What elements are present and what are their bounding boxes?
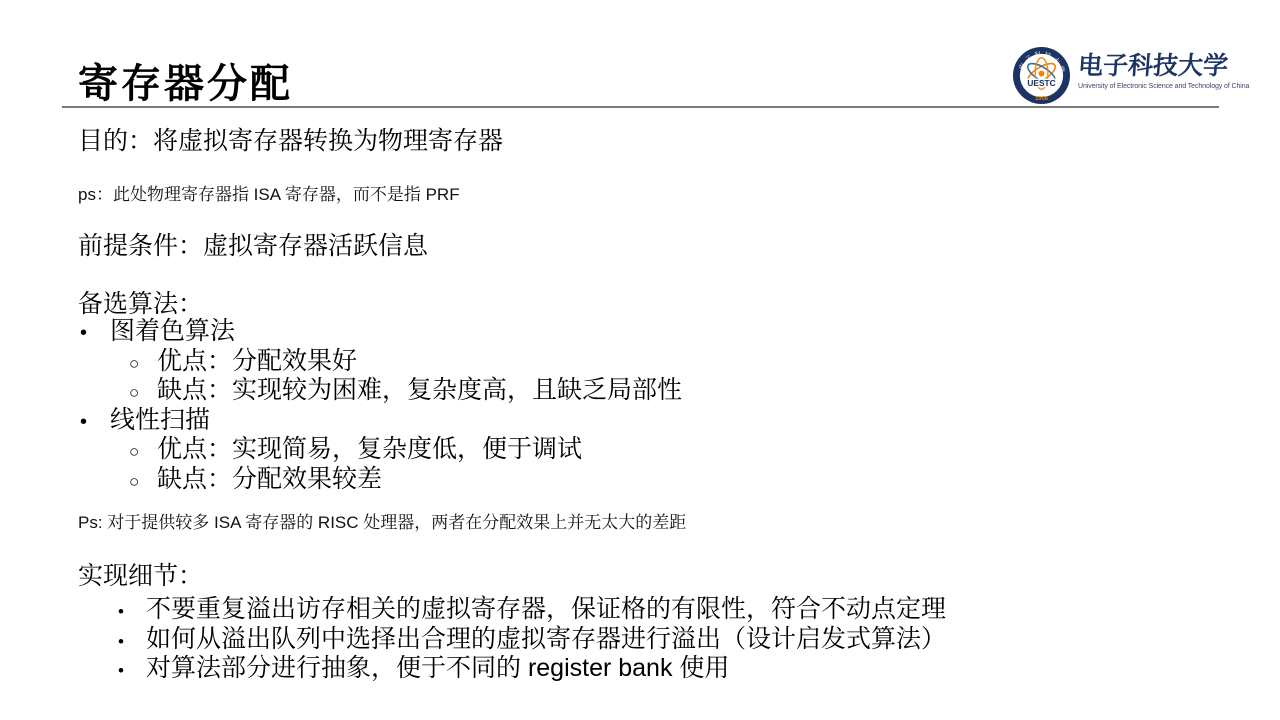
list-item: ○ 缺点：实现较为困难，复杂度高，且缺乏局部性 xyxy=(129,376,682,406)
algorithm-list: • 图着色算法 ○ 优点：分配效果好 ○ 缺点：实现较为困难，复杂度高，且缺乏局… xyxy=(80,317,682,494)
circle-bullet-icon: ○ xyxy=(129,349,157,379)
circle-bullet-icon: ○ xyxy=(129,467,157,497)
algorithms-heading: 备选算法： xyxy=(78,291,203,319)
algorithm-point: 优点：实现简易，复杂度低，便于调试 xyxy=(157,435,582,465)
circle-bullet-icon: ○ xyxy=(129,437,157,467)
bullet-icon: • xyxy=(118,597,146,627)
presentation-slide: 寄存器分配 电子科技大学 UESTC 1956 电子科技大学 Universit… xyxy=(0,0,1280,720)
ps-note-1: ps：此处物理寄存器指 ISA 寄存器，而不是指 PRF xyxy=(78,186,460,205)
bullet-icon: • xyxy=(118,627,146,657)
university-logo: 电子科技大学 UESTC 1956 电子科技大学 University of E… xyxy=(1012,46,1249,105)
algorithm-name: 图着色算法 xyxy=(110,317,235,347)
page-title: 寄存器分配 xyxy=(78,52,293,109)
list-item: ○ 优点：实现简易，复杂度低，便于调试 xyxy=(129,435,682,465)
seal-year-text: 1956 xyxy=(1035,96,1049,102)
ps-note-2: Ps: 对于提供较多 ISA 寄存器的 RISC 处理器，两者在分配效果上并无太… xyxy=(78,514,686,533)
list-item: • 如何从溢出队列中选择出合理的虚拟寄存器进行溢出（设计启发式算法） xyxy=(118,625,946,655)
logo-wordmark: 电子科技大学 University of Electronic Science … xyxy=(1078,46,1249,90)
seal-uestc-text: UESTC xyxy=(1027,78,1055,88)
detail-text: 如何从溢出队列中选择出合理的虚拟寄存器进行溢出（设计启发式算法） xyxy=(146,625,946,655)
bullet-icon: • xyxy=(118,656,146,686)
circle-bullet-icon: ○ xyxy=(129,378,157,408)
detail-text: 不要重复溢出访存相关的虚拟寄存器，保证格的有限性，符合不动点定理 xyxy=(146,595,946,625)
list-item: ○ 优点：分配效果好 xyxy=(129,347,682,377)
bullet-icon: • xyxy=(80,319,110,349)
details-list: • 不要重复溢出访存相关的虚拟寄存器，保证格的有限性，符合不动点定理 • 如何从… xyxy=(80,595,946,684)
list-item: • 不要重复溢出访存相关的虚拟寄存器，保证格的有限性，符合不动点定理 xyxy=(118,595,946,625)
purpose-line: 目的：将虚拟寄存器转换为物理寄存器 xyxy=(78,128,503,156)
algorithm-point: 缺点：分配效果较差 xyxy=(157,465,382,495)
list-item: ○ 缺点：分配效果较差 xyxy=(129,465,682,495)
bullet-icon: • xyxy=(80,408,110,438)
university-name-zh: 电子科技大学 xyxy=(1077,51,1250,81)
list-item: • 对算法部分进行抽象，便于不同的 register bank 使用 xyxy=(118,654,946,684)
uestc-seal-icon: 电子科技大学 UESTC 1956 xyxy=(1012,46,1071,105)
title-divider xyxy=(62,106,1219,108)
prerequisite-line: 前提条件：虚拟寄存器活跃信息 xyxy=(78,233,428,261)
algorithm-point: 缺点：实现较为困难，复杂度高，且缺乏局部性 xyxy=(157,376,682,406)
list-item: • 线性扫描 xyxy=(80,406,682,436)
detail-text: 对算法部分进行抽象，便于不同的 register bank 使用 xyxy=(146,654,729,684)
university-name-en: University of Electronic Science and Tec… xyxy=(1078,83,1249,90)
details-heading: 实现细节： xyxy=(78,563,203,591)
list-item: • 图着色算法 xyxy=(80,317,682,347)
algorithm-point: 优点：分配效果好 xyxy=(157,347,357,377)
algorithm-name: 线性扫描 xyxy=(110,406,210,436)
